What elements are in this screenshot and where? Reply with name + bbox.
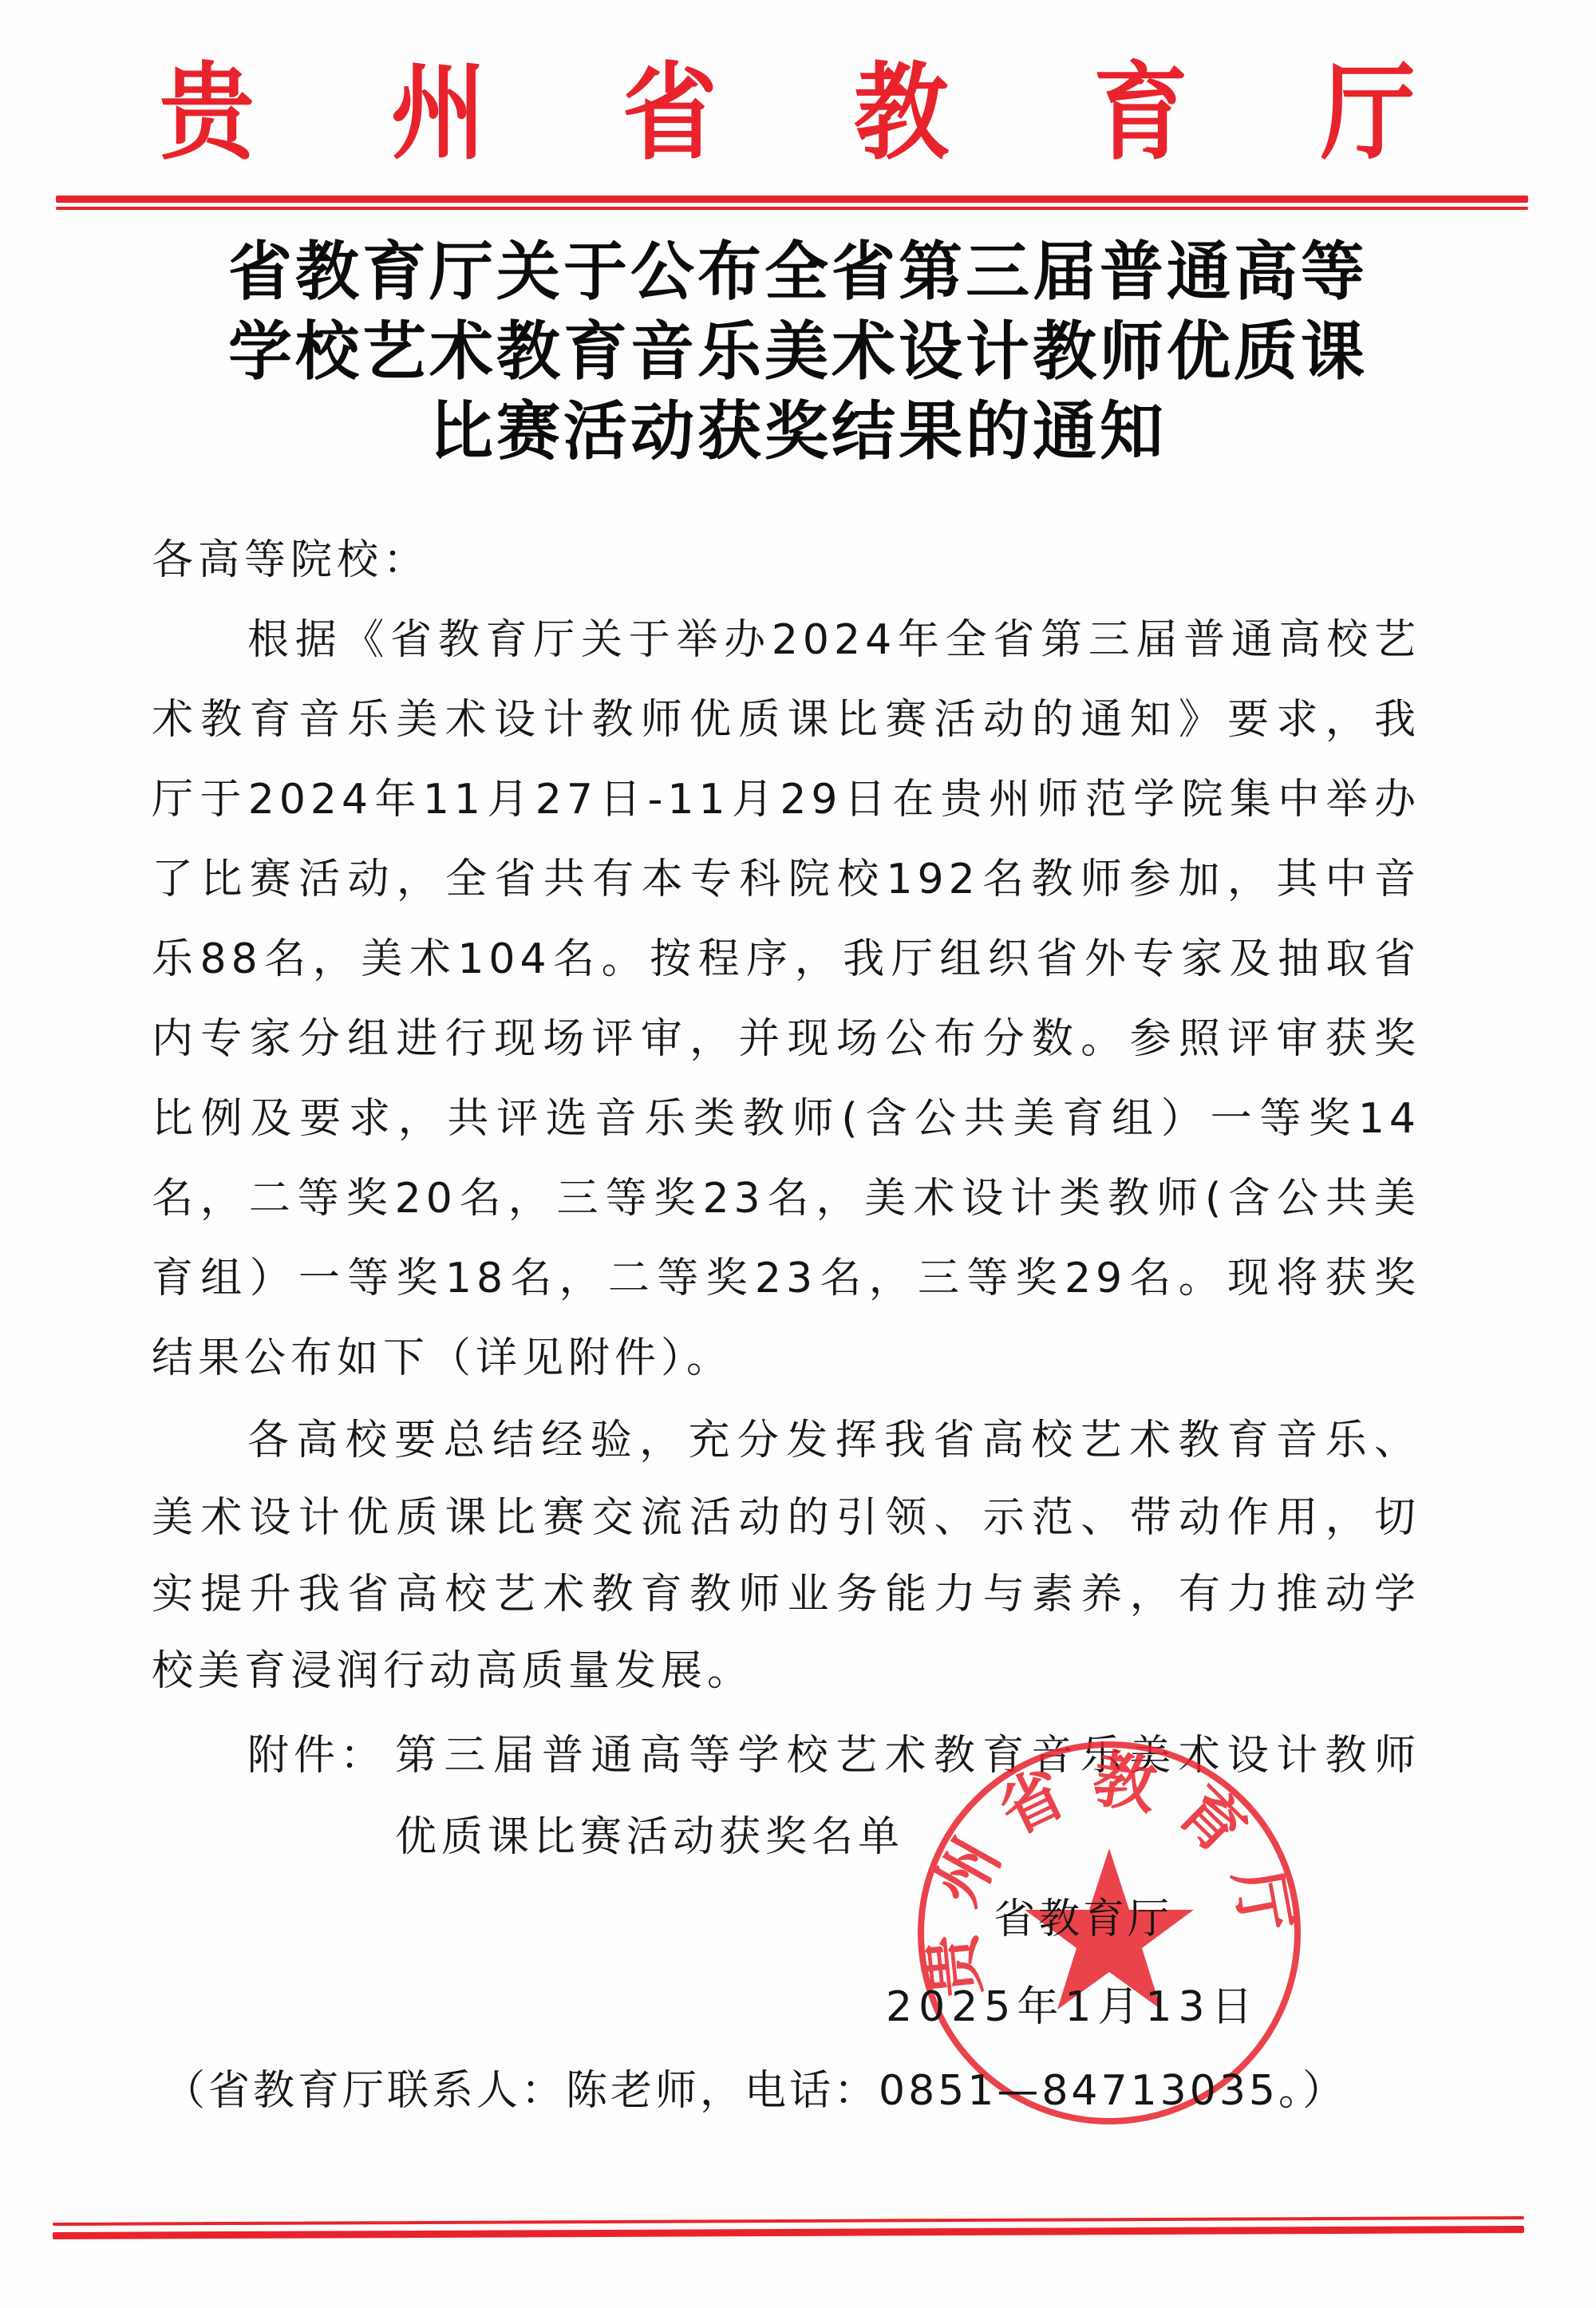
masthead-rule-thick <box>56 196 1528 203</box>
body-line: 名，二等奖20名，三等奖23名，美术设计类教师(含公共美 <box>152 1175 1420 1223</box>
masthead-char: 州 <box>391 57 486 169</box>
body-line: 校美育浸润行动高质量发展。 <box>152 1647 753 1695</box>
masthead-char: 贵 <box>160 57 255 169</box>
salutation: 各高等院校： <box>152 536 429 584</box>
signature-issuer: 省教育厅 <box>994 1895 1172 1943</box>
body-line: 根据《省教育厅关于举办2024年全省第三届普通高校艺 <box>247 616 1420 664</box>
attachment-label: 附件： <box>247 1732 386 1780</box>
signature-date: 2025年1月13日 <box>886 1983 1259 2031</box>
masthead-rule-thin <box>56 207 1528 210</box>
body-line: 了比赛活动，全省共有本专科院校192名教师参加，其中音 <box>152 856 1420 903</box>
body-line: 美术设计优质课比赛交流活动的引领、示范、带动作用，切 <box>152 1494 1420 1542</box>
body-line: 术教育音乐美术设计教师优质课比赛活动的通知》要求，我 <box>152 696 1420 744</box>
body-line: 厅于2024年11月27日-11月29日在贵州师范学院集中举办 <box>152 776 1420 824</box>
svg-text:贵州省教育厅: 贵州省教育厅 <box>916 1742 1302 2001</box>
body-line: 实提升我省高校艺术教育教师业务能力与素养，有力推动学 <box>152 1571 1420 1618</box>
masthead-char: 育 <box>1093 57 1188 169</box>
body-line: 内专家分组进行现场评审，并现场公布分数。参照评审获奖 <box>152 1015 1420 1063</box>
body-line: 结果公布如下（详见附件）。 <box>152 1334 733 1382</box>
masthead-char: 省 <box>622 57 717 169</box>
attachment-title-continued: 优质课比赛活动获奖名单 <box>395 1813 904 1861</box>
attachment-title: 第三届普通高等学校艺术教育音乐美术设计教师 <box>395 1732 1420 1780</box>
body-line: 育组）一等奖18名，二等奖23名，三等奖29名。现将获奖 <box>152 1255 1420 1302</box>
seal-text: 贵州省教育厅 <box>916 1742 1302 2001</box>
title-line: 比赛活动获奖结果的通知 <box>0 391 1596 471</box>
title-line: 学校艺术教育音乐美术设计教师优质课 <box>0 311 1596 391</box>
masthead-char: 厅 <box>1321 57 1416 169</box>
contact-info: （省教育厅联系人：陈老师，电话：0851—84713035。） <box>164 2067 1347 2115</box>
body-line: 各高校要总结经验，充分发挥我省高校艺术教育音乐、 <box>247 1417 1420 1464</box>
footer-rule-thick <box>53 2226 1524 2239</box>
title-line: 省教育厅关于公布全省第三届普通高等 <box>0 231 1596 311</box>
masthead-char: 教 <box>854 57 949 169</box>
footer-rule-thin <box>53 2216 1524 2226</box>
body-line: 比例及要求，共评选音乐类教师(含公共美育组）一等奖14 <box>152 1095 1420 1143</box>
body-line: 乐88名，美术104名。按程序，我厅组织省外专家及抽取省 <box>152 935 1420 983</box>
